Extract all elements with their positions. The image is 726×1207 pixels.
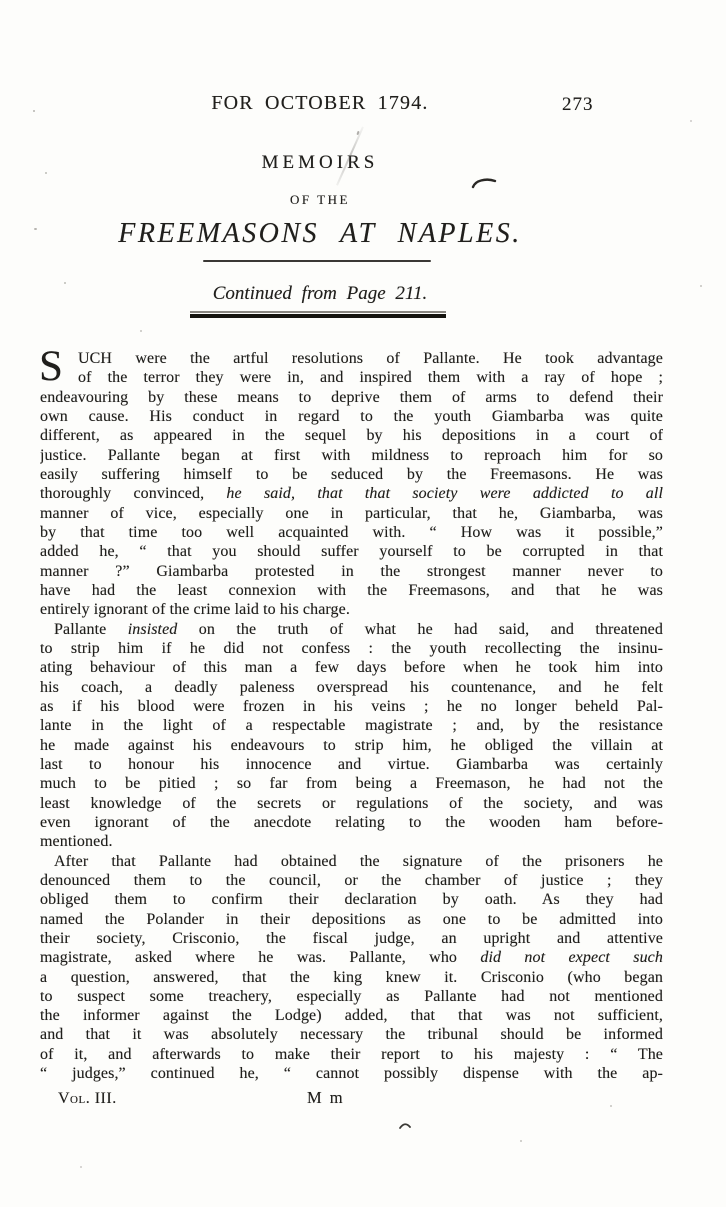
text-line: he made against his endeavours to strip …: [40, 736, 663, 755]
text-line: justice. Pallante began at first with mi…: [40, 446, 663, 465]
ink-mark: [470, 176, 498, 195]
scan-speck: [80, 1166, 82, 1168]
scan-speck: [64, 282, 66, 284]
main-title: FREEMASONS AT NAPLES.: [40, 218, 600, 250]
text-line: and that it was absolutely necessary the…: [40, 1025, 663, 1044]
text-line: After that Pallante had obtained the sig…: [40, 852, 663, 871]
text-line: as if his blood were frozen in his veins…: [40, 697, 663, 716]
text-line: a question, answered, that the king knew…: [40, 968, 663, 987]
scan-speck: [700, 285, 702, 287]
text-line: their society, Crisconio, the fiscal jud…: [40, 929, 663, 948]
double-rule: [190, 311, 446, 318]
scan-speck: [655, 960, 657, 962]
text-line: “ judges,” continued he, “ cannot possib…: [40, 1064, 663, 1083]
running-head: FOR OCTOBER 1794.: [40, 92, 600, 115]
text-line: much to be pitied ; so far from being a …: [40, 774, 663, 793]
drop-cap: S: [39, 349, 63, 385]
paragraph: Pallante insisted on the truth of what h…: [40, 620, 663, 852]
memoirs-heading: MEMOIRS: [40, 152, 600, 174]
text-line: manner of vice, especially one in partic…: [40, 504, 663, 523]
text-line: the informer against the Lodge) added, t…: [40, 1006, 663, 1025]
scan-speck: [140, 330, 142, 332]
scan-speck: [45, 172, 47, 174]
text-line: entirely ignorant of the crime laid to h…: [40, 600, 663, 619]
paragraph: SUCH were the artful resolutions of Pall…: [40, 349, 663, 620]
caret-mark: [398, 1117, 412, 1135]
volume-label: Vol. III.: [58, 1089, 117, 1108]
text-line: manner ?” Giambarba protested in the str…: [40, 562, 663, 581]
body-text: SUCH were the artful resolutions of Pall…: [40, 349, 663, 1083]
catchword: M m: [307, 1088, 345, 1108]
page-number: 273: [562, 94, 594, 116]
scan-speck: [690, 120, 692, 122]
text-line: have had the least connexion with the Fr…: [40, 581, 663, 600]
text-line: Pallante insisted on the truth of what h…: [40, 620, 663, 639]
text-line: denounced them to the council, or the ch…: [40, 871, 663, 890]
text-line: magistrate, asked where he was. Pallante…: [40, 948, 663, 967]
double-rule-thin: [190, 311, 446, 313]
text-line: lante in the light of a respectable magi…: [40, 716, 663, 735]
text-line: added he, “ that you should suffer yours…: [40, 542, 663, 561]
text-line: last to honour his innocence and virtue.…: [40, 755, 663, 774]
text-line: obliged them to confirm their declaratio…: [40, 890, 663, 909]
text-line: least knowledge of the secrets or regula…: [40, 794, 663, 813]
text-line: thoroughly convinced, he said, that that…: [40, 484, 663, 503]
text-line: easily suffering himself to be seduced b…: [40, 465, 663, 484]
text-line: his coach, a deadly paleness overspread …: [40, 678, 663, 697]
scan-speck: [34, 228, 37, 230]
text-line: endeavouring by these means to deprive t…: [40, 388, 663, 407]
double-rule-thick: [190, 314, 446, 318]
text-line: different, as appeared in the sequel by …: [40, 426, 663, 445]
text-line: by that time too well acquainted with. “…: [40, 523, 663, 542]
continued-note: Continued from Page 211.: [40, 283, 600, 305]
text-line: UCH were the artful resolutions of Palla…: [40, 349, 663, 368]
text-line: own cause. His conduct in regard to the …: [40, 407, 663, 426]
text-line: of it, and afterwards to make their repo…: [40, 1045, 663, 1064]
text-line: ating behaviour of this man a few days b…: [40, 658, 663, 677]
scan-speck: [33, 110, 35, 112]
text-line: named the Polander in their depositions …: [40, 910, 663, 929]
scan-speck: [610, 1105, 612, 1107]
title-rule: [203, 260, 431, 262]
scan-speck: [520, 1140, 522, 1142]
of-the-subheading: OF THE: [40, 192, 600, 208]
paragraph: After that Pallante had obtained the sig…: [40, 852, 663, 1084]
text-line: mentioned.: [40, 832, 663, 851]
text-line: to strip him if he did not confess : the…: [40, 639, 663, 658]
page: FOR OCTOBER 1794. 273 MEMOIRS OF THE FRE…: [0, 0, 726, 1207]
text-line: even ignorant of the anecdote relating t…: [40, 813, 663, 832]
text-line: of the terror they were in, and inspired…: [40, 368, 663, 387]
text-line: to suspect some treachery, especially as…: [40, 987, 663, 1006]
